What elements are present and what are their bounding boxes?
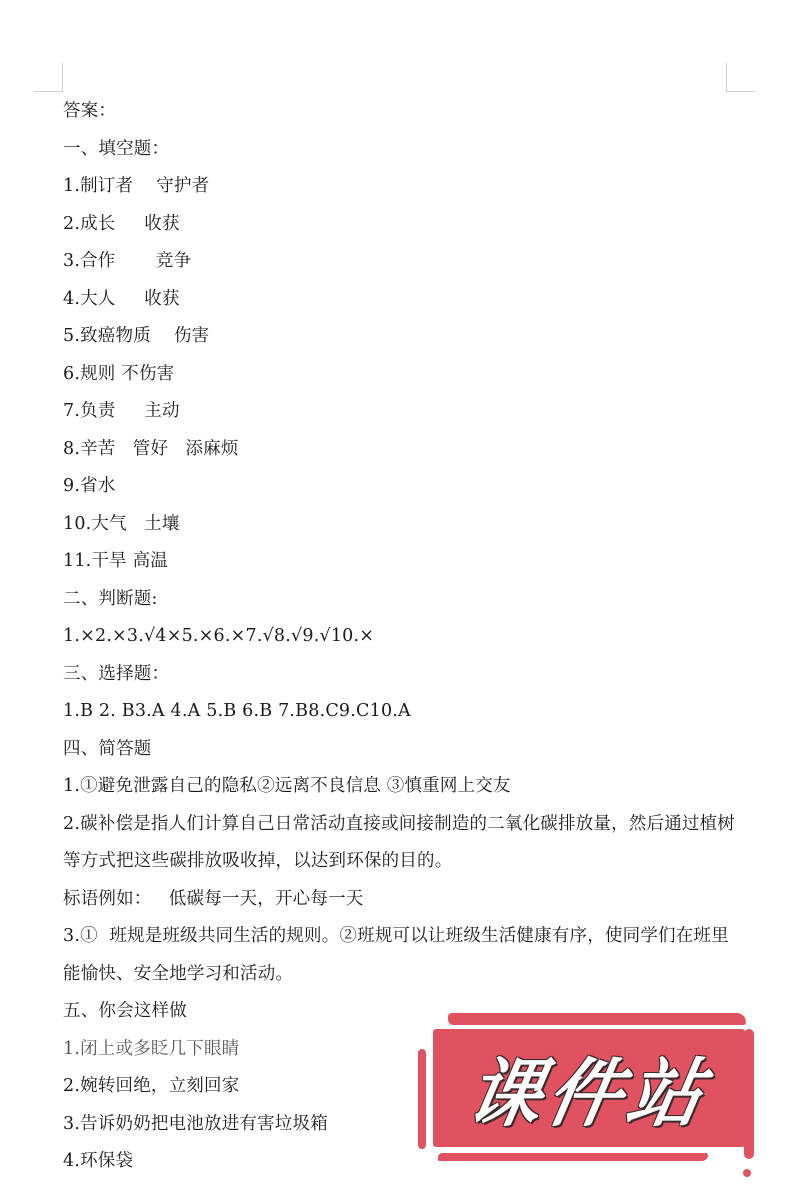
answer-item: 7.负责 主动: [63, 393, 743, 431]
answer-item: 1.①避免泄露自己的隐私②远离不良信息 ③慎重网上交友: [63, 768, 743, 806]
answer-item: 标语例如： 低碳每一天，开心每一天: [63, 881, 743, 919]
stamp-brush-dot: [743, 1169, 751, 1177]
answer-item: 1.制订者 守护者: [63, 168, 743, 206]
section-heading-true-false: 二、判断题:: [63, 581, 743, 619]
document-title: 答案：: [63, 93, 743, 131]
answer-item: 9.省水: [63, 468, 743, 506]
watermark-stamp: 课件站: [418, 1013, 768, 1163]
answer-item: 11.干旱 高温: [63, 543, 743, 581]
answer-item: 1.×2.×3.√4×5.×6.×7.√8.√9.√10.×: [63, 618, 743, 656]
page-corner-mark-top-left: [34, 63, 63, 92]
section-heading-fill-blank: 一、填空题：: [63, 131, 743, 169]
answer-item: 5.致癌物质 伤害: [63, 318, 743, 356]
page-corner-mark-top-right: [726, 63, 755, 92]
answer-item: 6.规则 不伤害: [63, 356, 743, 394]
watermark-text: 课件站: [460, 1035, 719, 1141]
answer-item: 8.辛苦 管好 添麻烦: [63, 431, 743, 469]
answer-item: 1.B 2. B3.A 4.A 5.B 6.B 7.B8.C9.C10.A: [63, 693, 743, 731]
answer-item: 4.大人 收获: [63, 281, 743, 319]
stamp-brush-stroke: [418, 1049, 426, 1149]
answer-paragraph: 2.碳补偿是指人们计算自己日常活动直接或间接制造的二氧化碳排放量，然后通过植树等…: [63, 806, 743, 881]
answer-item: 3.合作 竞争: [63, 243, 743, 281]
answer-paragraph: 3.① 班规是班级共同生活的规则。②班规可以让班级生活健康有序，使同学们在班里能…: [63, 918, 743, 993]
answer-item: 2.成长 收获: [63, 206, 743, 244]
stamp-body: 课件站: [433, 1029, 745, 1147]
stamp-brush-stroke: [438, 1153, 708, 1161]
answer-item: 10.大气 土壤: [63, 506, 743, 544]
stamp-brush-stroke: [448, 1013, 746, 1025]
section-heading-multiple-choice: 三、选择题：: [63, 656, 743, 694]
section-heading-short-answer: 四、简答题: [63, 731, 743, 769]
stamp-brush-stroke: [744, 1029, 754, 1159]
